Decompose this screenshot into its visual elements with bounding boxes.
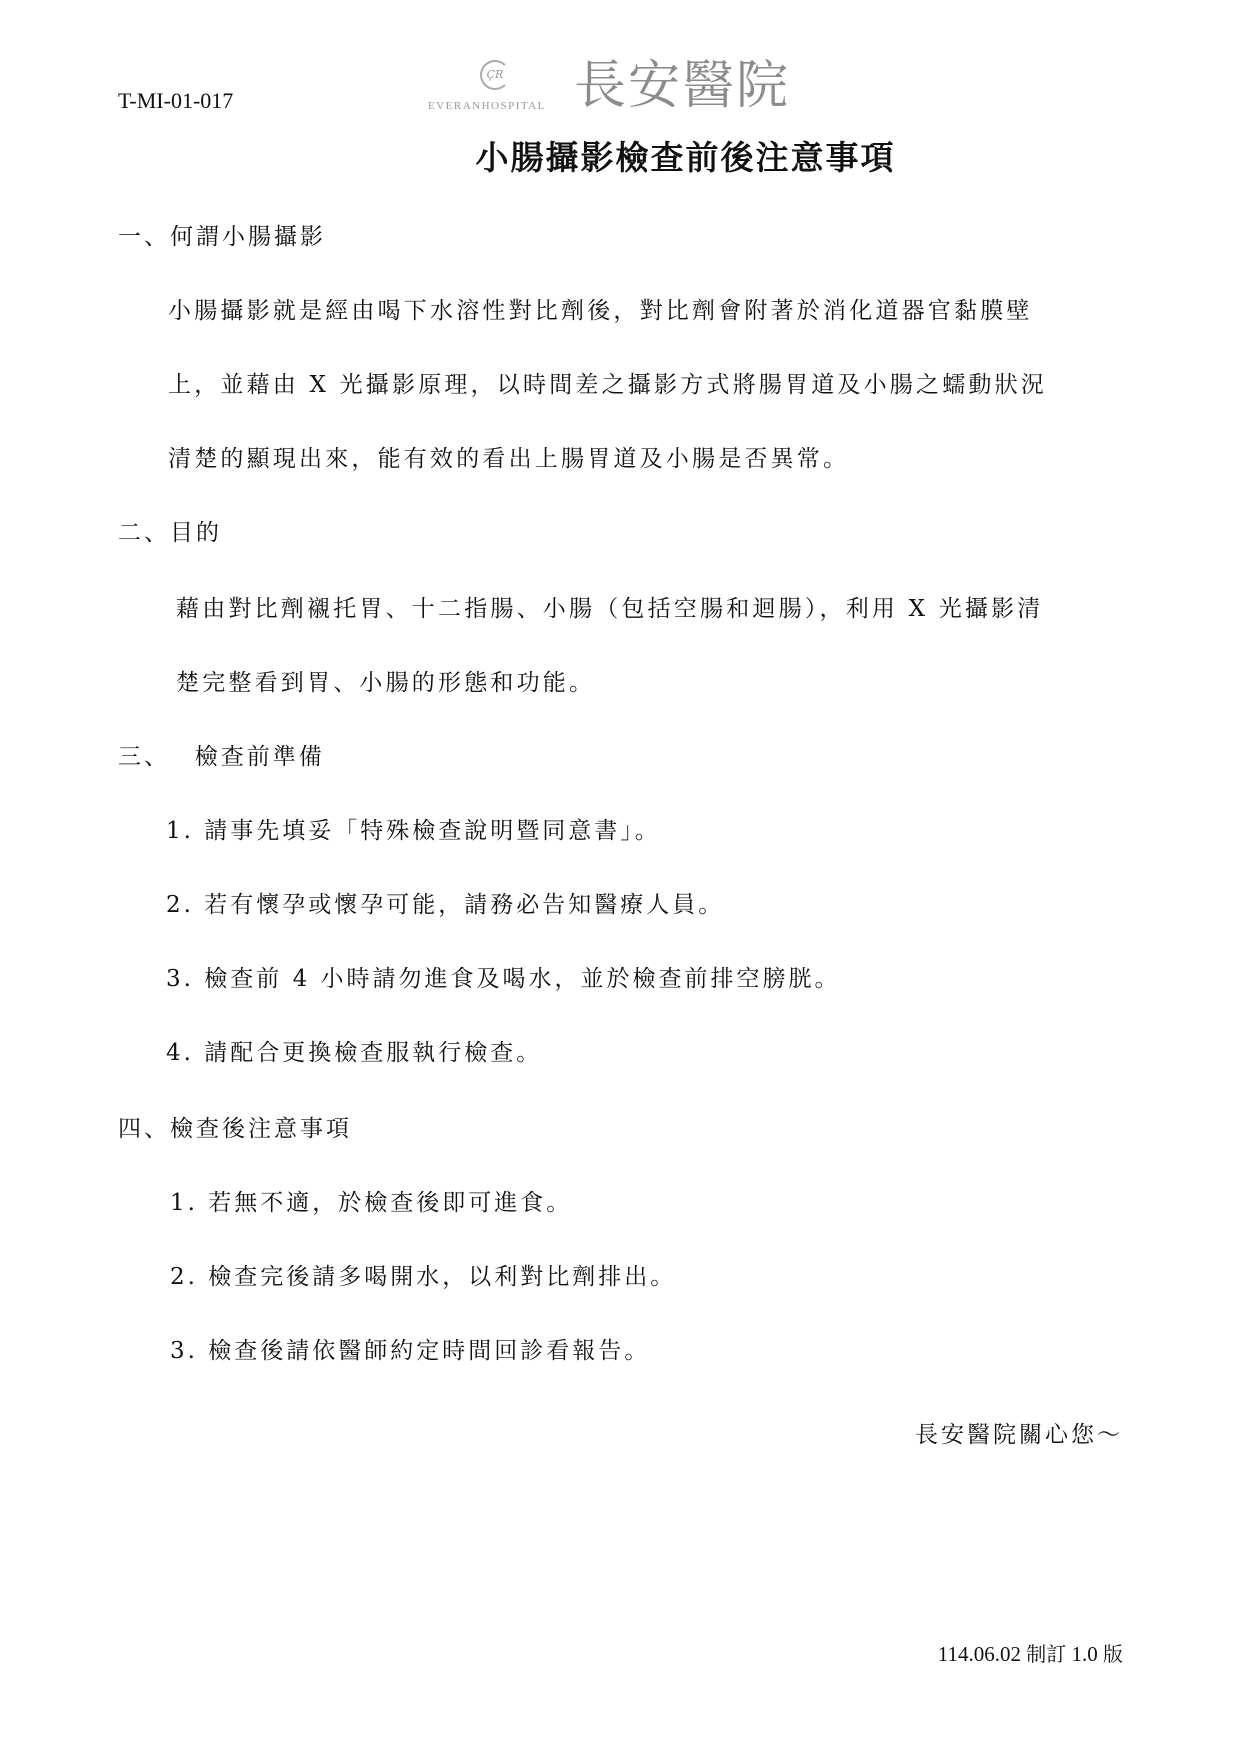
paragraph-line: 小腸攝影就是經由喝下水溶性對比劑後，對比劑會附著於消化道器官黏膜壁: [168, 292, 1033, 325]
logo-chinese-name: 長安醫院: [574, 56, 790, 116]
logo-emblem-icon: ÇR: [480, 60, 510, 90]
revision-label: 制訂: [1026, 1642, 1066, 1666]
list-item: 2. 若有懷孕或懷孕可能，請務必告知醫療人員。: [166, 886, 724, 919]
list-item: 1. 若無不適，於檢查後即可進食。: [170, 1184, 572, 1217]
list-item: 4. 請配合更換檢查服執行檢查。: [166, 1034, 542, 1067]
revision-date: 114.06.02: [938, 1642, 1021, 1666]
paragraph-line: 藉由對比劑襯托胃、十二指腸、小腸（包括空腸和迴腸），利用 X 光攝影清: [176, 590, 1044, 623]
paragraph-line: 楚完整看到胃、小腸的形態和功能。: [176, 664, 595, 697]
paragraph-line: 上，並藉由 X 光攝影原理，以時間差之攝影方式將腸胃道及小腸之蠕動狀況: [168, 366, 1047, 399]
closing-message: 長安醫院關心您～: [915, 1416, 1123, 1449]
list-item: 1. 請事先填妥「特殊檢查說明暨同意書」。: [166, 812, 661, 845]
document-id: T-MI-01-017: [118, 88, 233, 114]
version-number: 1.0: [1072, 1642, 1098, 1666]
section-heading-what-is: 一、何謂小腸攝影: [118, 218, 326, 251]
version-suffix: 版: [1103, 1642, 1123, 1666]
revision-footer: 114.06.02 制訂 1.0 版: [938, 1638, 1123, 1667]
section-heading-purpose: 二、目的: [118, 514, 222, 547]
section-heading-preparation: 三、 檢查前準備: [118, 738, 325, 771]
logo-english-name: EVERANHOSPITAL: [428, 100, 546, 112]
page-title: 小腸攝影檢查前後注意事項: [0, 132, 1241, 179]
section-heading-after-exam: 四、檢查後注意事項: [118, 1110, 352, 1143]
list-item: 3. 檢查後請依醫師約定時間回診看報告。: [170, 1332, 650, 1365]
paragraph-line: 清楚的顯現出來，能有效的看出上腸胃道及小腸是否異常。: [168, 440, 849, 473]
list-item: 3. 檢查前 4 小時請勿進食及喝水，並於檢查前排空膀胱。: [166, 960, 841, 993]
list-item: 2. 檢查完後請多喝開水，以利對比劑排出。: [170, 1258, 676, 1291]
hospital-logo: ÇR EVERANHOSPITAL 長安醫院: [428, 56, 828, 120]
